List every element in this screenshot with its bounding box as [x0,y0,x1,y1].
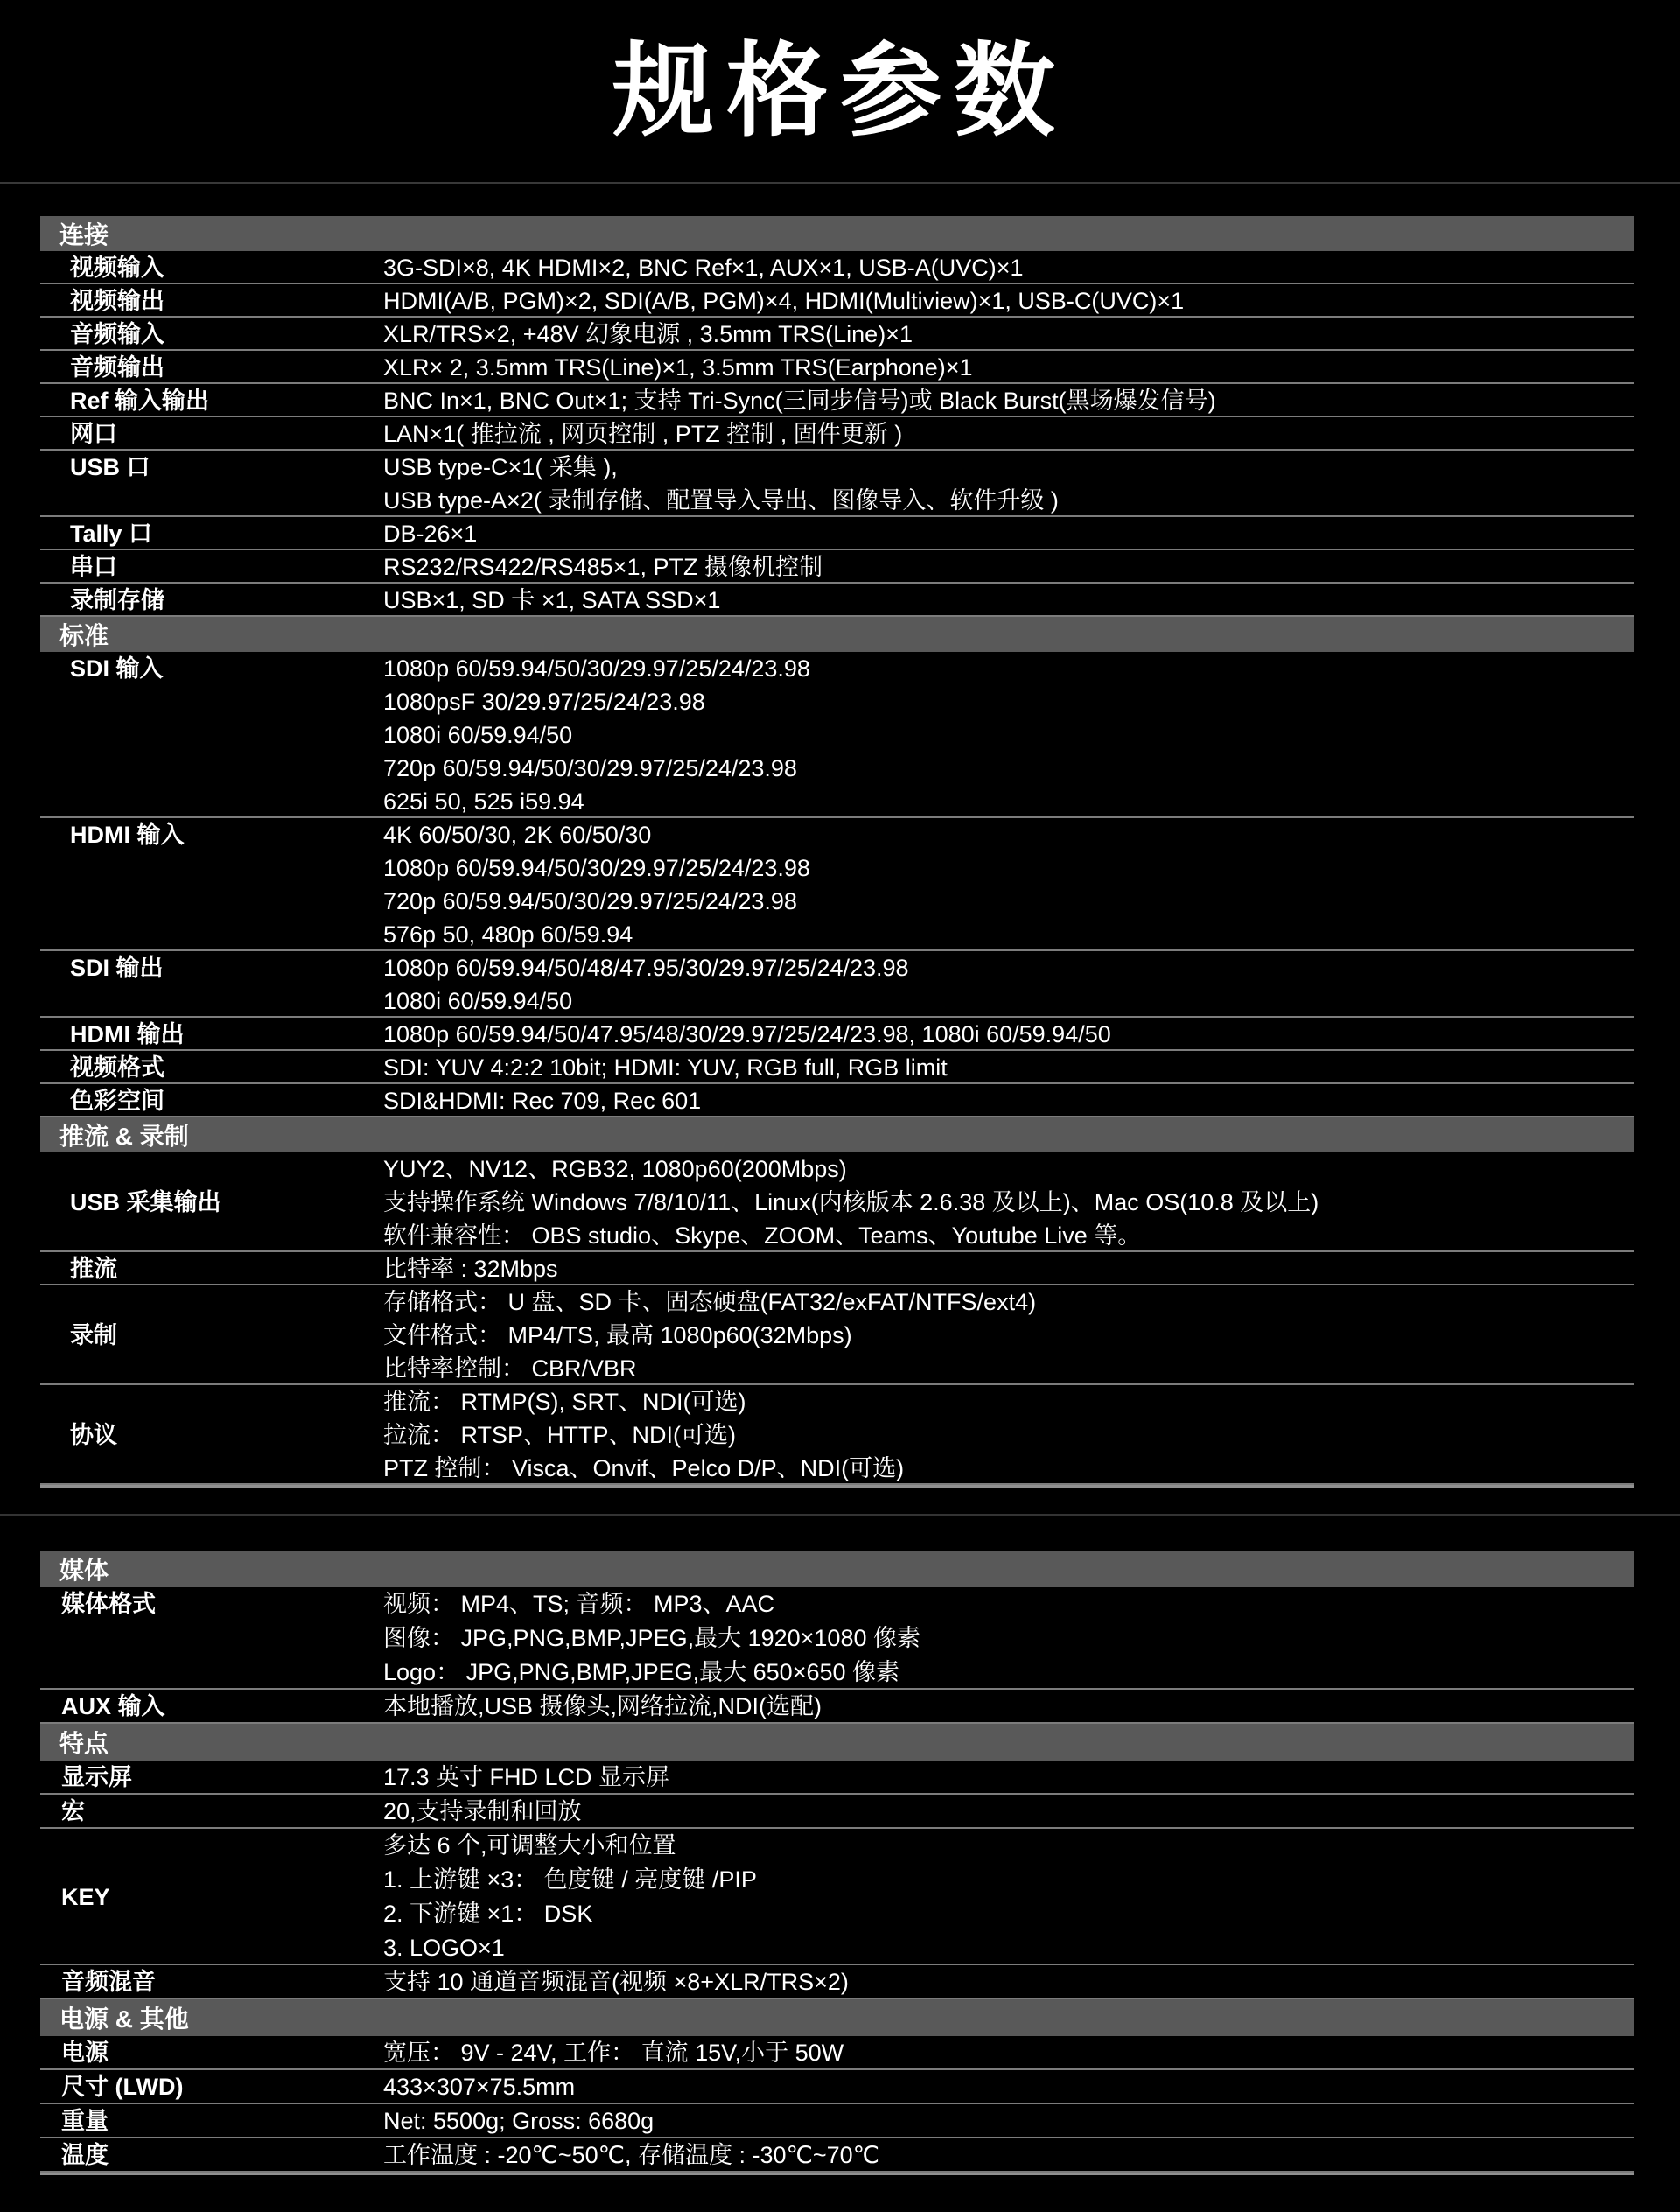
spec-value-line: SDI&HDMI: Rec 709, Rec 601 [383,1084,1627,1117]
spec-value-line: 1080p 60/59.94/50/48/47.95/30/29.97/25/2… [383,951,1627,984]
spec-row: 温度工作温度 : -20℃~50℃, 存储温度 : -30℃~70℃ [40,2138,1634,2173]
spec-row-label: 宏 [40,1795,383,1829]
spec-row-values: LAN×1( 推拉流 , 网页控制 , PTZ 控制 , 固件更新 ) [383,417,1634,451]
spec-value-line: 比特率控制： CBR/VBR [383,1352,1627,1385]
spec-row-label: HDMI 输入 [40,818,383,851]
spec-row-label: 网口 [40,417,383,451]
spec-row: 串口RS232/RS422/RS485×1, PTZ 摄像机控制 [40,550,1634,584]
spec-row-values: BNC In×1, BNC Out×1; 支持 Tri-Sync(三同步信号)或… [383,384,1634,417]
spec-row: 电源宽压： 9V - 24V, 工作： 直流 15V,小于 50W [40,2036,1634,2070]
spec-value-line: 支持操作系统 Windows 7/8/10/11、Linux(内核版本 2.6.… [383,1186,1627,1219]
spec-row-values: 17.3 英寸 FHD LCD 显示屏 [383,1760,1634,1795]
page-header: 规格参数 [0,0,1680,184]
spec-row-label: 音频输入 [40,318,383,351]
spec-row-values: 工作温度 : -20℃~50℃, 存储温度 : -30℃~70℃ [383,2138,1634,2173]
spec-row-values: RS232/RS422/RS485×1, PTZ 摄像机控制 [383,550,1634,584]
spec-row-values: SDI&HDMI: Rec 709, Rec 601 [383,1084,1634,1117]
spec-value-line: 576p 50, 480p 60/59.94 [383,918,1627,951]
spec-value-line: 宽压： 9V - 24V, 工作： 直流 15V,小于 50W [383,2036,1627,2070]
spec-row-label: USB 口 [40,451,383,484]
spec-row-values: USB×1, SD 卡 ×1, SATA SSD×1 [383,584,1634,617]
spec-value-line: Net: 5500g; Gross: 6680g [383,2104,1627,2138]
spec-value-line: 工作温度 : -20℃~50℃, 存储温度 : -30℃~70℃ [383,2138,1627,2173]
spec-value-line: 存储格式： U 盘、SD 卡、固态硬盘(FAT32/exFAT/NTFS/ext… [383,1285,1627,1319]
section-header-label: 连接 [59,216,108,251]
spec-row: HDMI 输出1080p 60/59.94/50/47.95/48/30/29.… [40,1018,1634,1051]
spec-value-line: 文件格式： MP4/TS, 最高 1080p60(32Mbps) [383,1319,1627,1352]
spec-table-connections: 连接视频输入3G-SDI×8, 4K HDMI×2, BNC Ref×1, AU… [40,216,1634,1487]
spec-value-line: 4K 60/50/30, 2K 60/50/30 [383,818,1627,851]
spec-row-label: 音频输出 [40,351,383,384]
spec-value-line: 本地播放,USB 摄像头,网络拉流,NDI(选配) [383,1690,1627,1724]
spec-value-line: 1080p 60/59.94/50/30/29.97/25/24/23.98 [383,652,1627,685]
spec-row: 重量Net: 5500g; Gross: 6680g [40,2104,1634,2138]
spec-row: Ref 输入输出BNC In×1, BNC Out×1; 支持 Tri-Sync… [40,384,1634,417]
spec-row: 视频输入3G-SDI×8, 4K HDMI×2, BNC Ref×1, AUX×… [40,251,1634,284]
spec-row-label: 温度 [40,2138,383,2173]
spec-value-line: 支持 10 通道音频混音(视频 ×8+XLR/TRS×2) [383,1965,1627,1999]
spec-row: HDMI 输入4K 60/50/30, 2K 60/50/301080p 60/… [40,818,1634,951]
spec-value-line: 多达 6 个,可调整大小和位置 [383,1829,1627,1863]
spec-row-values: HDMI(A/B, PGM)×2, SDI(A/B, PGM)×4, HDMI(… [383,284,1634,318]
spec-value-line: 图像： JPG,PNG,BMP,JPEG,最大 1920×1080 像素 [383,1621,1627,1655]
spec-row-values: 433×307×75.5mm [383,2070,1634,2104]
spec-row-label: Tally 口 [40,517,383,550]
section-header: 特点 [40,1724,1634,1760]
spec-value-line: 1. 上游键 ×3： 色度键 / 亮度键 /PIP [383,1863,1627,1897]
spec-row-label: 电源 [40,2036,383,2070]
spec-row-values: 宽压： 9V - 24V, 工作： 直流 15V,小于 50W [383,2036,1634,2070]
spec-value-line: 1080p 60/59.94/50/47.95/48/30/29.97/25/2… [383,1018,1627,1051]
spec-row-label: 视频格式 [40,1051,383,1084]
spec-row: 视频输出HDMI(A/B, PGM)×2, SDI(A/B, PGM)×4, H… [40,284,1634,318]
spec-row-label: 录制 [40,1319,383,1352]
spec-row-label: 录制存储 [40,584,383,617]
spec-row-values: 视频： MP4、TS; 音频： MP3、AAC图像： JPG,PNG,BMP,J… [383,1587,1634,1690]
spec-value-line: 20,支持录制和回放 [383,1795,1627,1829]
spec-row: 推流比特率 : 32Mbps [40,1252,1634,1285]
spec-row-values: 存储格式： U 盘、SD 卡、固态硬盘(FAT32/exFAT/NTFS/ext… [383,1285,1634,1385]
spec-row-values: 比特率 : 32Mbps [383,1252,1634,1285]
spec-value-line: 720p 60/59.94/50/30/29.97/25/24/23.98 [383,752,1627,785]
spec-row: 显示屏17.3 英寸 FHD LCD 显示屏 [40,1760,1634,1795]
spec-row-label: 推流 [40,1252,383,1285]
spec-value-line: XLR/TRS×2, +48V 幻象电源 , 3.5mm TRS(Line)×1 [383,318,1627,351]
page-divider [0,1514,1680,1515]
spec-row: 音频输入XLR/TRS×2, +48V 幻象电源 , 3.5mm TRS(Lin… [40,318,1634,351]
spec-value-line: 720p 60/59.94/50/30/29.97/25/24/23.98 [383,885,1627,918]
section-header: 标准 [40,617,1634,652]
spec-row-values: USB type-C×1( 采集 ),USB type-A×2( 录制存储、配置… [383,451,1634,517]
spec-row: 音频混音支持 10 通道音频混音(视频 ×8+XLR/TRS×2) [40,1965,1634,1999]
spec-value-line: 1080i 60/59.94/50 [383,984,1627,1018]
spec-row-values: Net: 5500g; Gross: 6680g [383,2104,1634,2138]
spec-row: 宏20,支持录制和回放 [40,1795,1634,1829]
spec-row: 尺寸 (LWD)433×307×75.5mm [40,2070,1634,2104]
spec-row: 媒体格式视频： MP4、TS; 音频： MP3、AAC图像： JPG,PNG,B… [40,1587,1634,1690]
spec-row-values: 3G-SDI×8, 4K HDMI×2, BNC Ref×1, AUX×1, U… [383,251,1634,284]
section-header-label: 媒体 [59,1551,108,1586]
spec-row-label: 显示屏 [40,1760,383,1795]
spec-row: 色彩空间SDI&HDMI: Rec 709, Rec 601 [40,1084,1634,1117]
spec-row: 录制存储USB×1, SD 卡 ×1, SATA SSD×1 [40,584,1634,617]
spec-value-line: DB-26×1 [383,517,1627,550]
section-header: 推流 & 录制 [40,1117,1634,1152]
spec-value-line: 比特率 : 32Mbps [383,1252,1627,1285]
spec-value-line: USB×1, SD 卡 ×1, SATA SSD×1 [383,584,1627,617]
section-header-label: 电源 & 其他 [59,2000,189,2035]
spec-row-label: 色彩空间 [40,1084,383,1117]
spec-row-label: 音频混音 [40,1965,383,1999]
spec-row: 网口LAN×1( 推拉流 , 网页控制 , PTZ 控制 , 固件更新 ) [40,417,1634,451]
spec-value-line: 视频： MP4、TS; 音频： MP3、AAC [383,1587,1627,1621]
spec-value-line: 1080psF 30/29.97/25/24/23.98 [383,685,1627,718]
spec-row-values: 20,支持录制和回放 [383,1795,1634,1829]
spec-row-label: 串口 [40,550,383,584]
spec-row-label: 尺寸 (LWD) [40,2070,383,2104]
spec-row-label: 协议 [40,1418,383,1452]
spec-row-label: SDI 输出 [40,951,383,984]
spec-value-line: PTZ 控制： Visca、Onvif、Pelco D/P、NDI(可选) [383,1452,1627,1485]
spec-row: USB 采集输出YUY2、NV12、RGB32, 1080p60(200Mbps… [40,1152,1634,1252]
spec-value-line: 3G-SDI×8, 4K HDMI×2, BNC Ref×1, AUX×1, U… [383,251,1627,284]
spec-value-line: BNC In×1, BNC Out×1; 支持 Tri-Sync(三同步信号)或… [383,384,1627,417]
section-header-label: 推流 & 录制 [59,1117,189,1152]
spec-row: USB 口USB type-C×1( 采集 ),USB type-A×2( 录制… [40,451,1634,517]
spec-row-values: 1080p 60/59.94/50/30/29.97/25/24/23.9810… [383,652,1634,818]
spec-row-label: KEY [40,1880,383,1914]
spec-value-line: 1080p 60/59.94/50/30/29.97/25/24/23.98 [383,851,1627,885]
spec-value-line: 软件兼容性： OBS studio、Skype、ZOOM、Teams、Youtu… [383,1219,1627,1252]
spec-row-values: 多达 6 个,可调整大小和位置1. 上游键 ×3： 色度键 / 亮度键 /PIP… [383,1829,1634,1965]
spec-value-line: 433×307×75.5mm [383,2070,1627,2104]
spec-row-values: 1080p 60/59.94/50/48/47.95/30/29.97/25/2… [383,951,1634,1018]
spec-table-media: 媒体媒体格式视频： MP4、TS; 音频： MP3、AAC图像： JPG,PNG… [40,1550,1634,2175]
spec-row-values: SDI: YUV 4:2:2 10bit; HDMI: YUV, RGB ful… [383,1051,1634,1084]
spec-row-label: 视频输入 [40,251,383,284]
spec-row-values: 4K 60/50/30, 2K 60/50/301080p 60/59.94/5… [383,818,1634,951]
spec-row: 音频输出XLR× 2, 3.5mm TRS(Line)×1, 3.5mm TRS… [40,351,1634,384]
spec-value-line: 3. LOGO×1 [383,1931,1627,1965]
spec-row: 录制存储格式： U 盘、SD 卡、固态硬盘(FAT32/exFAT/NTFS/e… [40,1285,1634,1385]
spec-value-line: RS232/RS422/RS485×1, PTZ 摄像机控制 [383,550,1627,584]
spec-row: 协议推流： RTMP(S), SRT、NDI(可选)拉流： RTSP、HTTP、… [40,1385,1634,1485]
spec-row-values: 支持 10 通道音频混音(视频 ×8+XLR/TRS×2) [383,1965,1634,1999]
spec-value-line: 625i 50, 525 i59.94 [383,785,1627,818]
spec-row-values: XLR× 2, 3.5mm TRS(Line)×1, 3.5mm TRS(Ear… [383,351,1634,384]
spec-row: SDI 输出1080p 60/59.94/50/48/47.95/30/29.9… [40,951,1634,1018]
spec-value-line: 推流： RTMP(S), SRT、NDI(可选) [383,1385,1627,1418]
spec-row: Tally 口DB-26×1 [40,517,1634,550]
spec-row-values: YUY2、NV12、RGB32, 1080p60(200Mbps)支持操作系统 … [383,1152,1634,1252]
section-header-label: 标准 [59,617,108,652]
spec-value-line: HDMI(A/B, PGM)×2, SDI(A/B, PGM)×4, HDMI(… [383,284,1627,318]
spec-value-line: SDI: YUV 4:2:2 10bit; HDMI: YUV, RGB ful… [383,1051,1627,1084]
section-header: 电源 & 其他 [40,1999,1634,2036]
spec-row-label: USB 采集输出 [40,1186,383,1219]
spec-value-line: XLR× 2, 3.5mm TRS(Line)×1, 3.5mm TRS(Ear… [383,351,1627,384]
spec-row-values: 推流： RTMP(S), SRT、NDI(可选)拉流： RTSP、HTTP、ND… [383,1385,1634,1485]
spec-row: 视频格式SDI: YUV 4:2:2 10bit; HDMI: YUV, RGB… [40,1051,1634,1084]
spec-value-line: LAN×1( 推拉流 , 网页控制 , PTZ 控制 , 固件更新 ) [383,417,1627,451]
spec-row: AUX 输入本地播放,USB 摄像头,网络拉流,NDI(选配) [40,1690,1634,1724]
spec-value-line: Logo： JPG,PNG,BMP,JPEG,最大 650×650 像素 [383,1655,1627,1690]
spec-row-label: SDI 输入 [40,652,383,685]
spec-row-values: 1080p 60/59.94/50/47.95/48/30/29.97/25/2… [383,1018,1634,1051]
spec-row-label: HDMI 输出 [40,1018,383,1051]
spec-row-label: Ref 输入输出 [40,384,383,417]
spec-row-label: 重量 [40,2104,383,2138]
section-header-label: 特点 [59,1725,108,1760]
spec-row: SDI 输入1080p 60/59.94/50/30/29.97/25/24/2… [40,652,1634,818]
page-title: 规格参数 [612,40,1067,142]
spec-row: KEY多达 6 个,可调整大小和位置1. 上游键 ×3： 色度键 / 亮度键 /… [40,1829,1634,1965]
spec-row-label: 视频输出 [40,284,383,318]
spec-value-line: 1080i 60/59.94/50 [383,718,1627,752]
spec-value-line: YUY2、NV12、RGB32, 1080p60(200Mbps) [383,1152,1627,1186]
spec-row-label: 媒体格式 [40,1587,383,1621]
section-header: 连接 [40,216,1634,251]
spec-value-line: 拉流： RTSP、HTTP、NDI(可选) [383,1418,1627,1452]
spec-value-line: 17.3 英寸 FHD LCD 显示屏 [383,1760,1627,1795]
section-header: 媒体 [40,1550,1634,1587]
spec-value-line: USB type-A×2( 录制存储、配置导入导出、图像导入、软件升级 ) [383,484,1627,517]
spec-value-line: 2. 下游键 ×1： DSK [383,1897,1627,1931]
spec-value-line: USB type-C×1( 采集 ), [383,451,1627,484]
spec-row-values: XLR/TRS×2, +48V 幻象电源 , 3.5mm TRS(Line)×1 [383,318,1634,351]
spec-row-label: AUX 输入 [40,1690,383,1724]
spec-row-values: 本地播放,USB 摄像头,网络拉流,NDI(选配) [383,1690,1634,1724]
spec-row-values: DB-26×1 [383,517,1634,550]
